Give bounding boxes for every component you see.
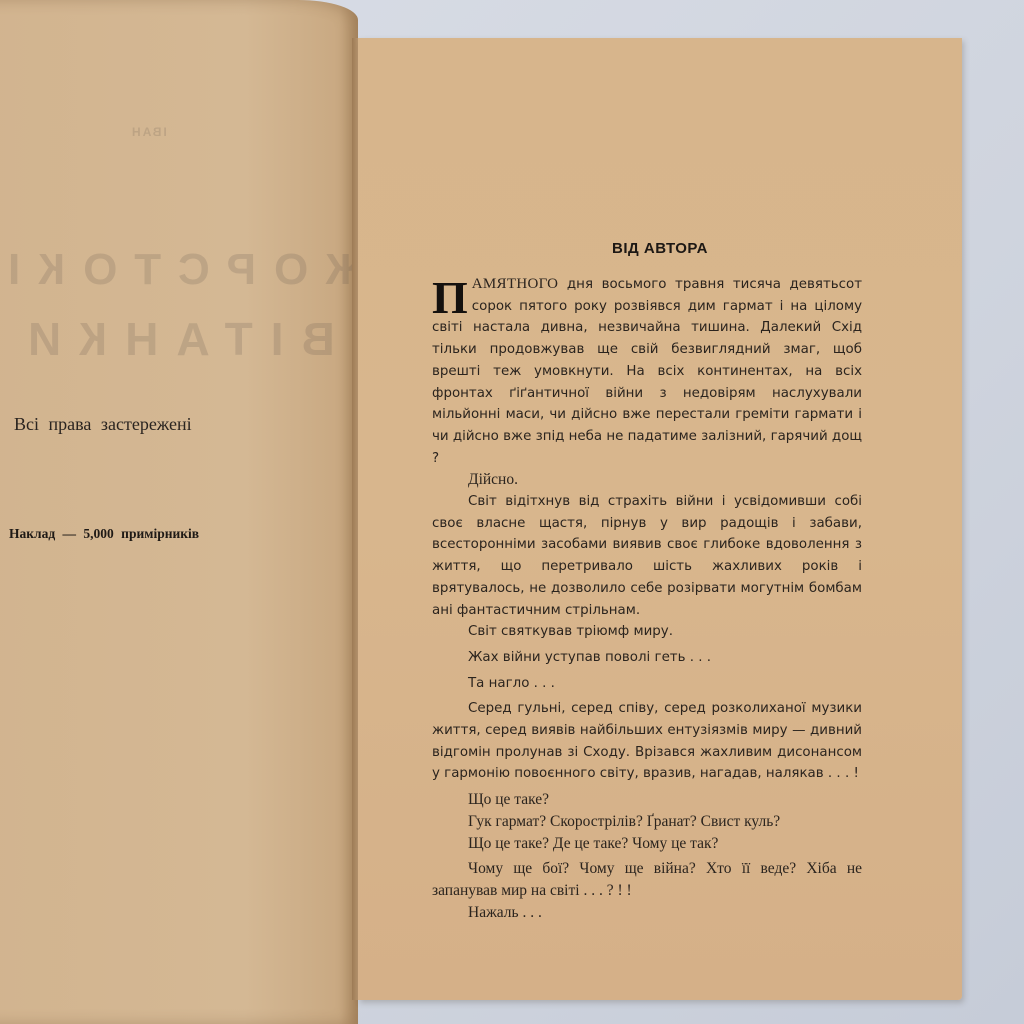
paragraph: Та нагло . . .: [432, 673, 862, 695]
first-word-caps: АМЯТНОГО: [472, 276, 559, 292]
paragraph: Чому ще бої? Чому ще війна? Хто її веде?…: [432, 858, 862, 901]
bleed-through-text: ІВАН: [130, 125, 167, 139]
paragraph: Нажаль . . .: [432, 902, 862, 924]
print-run-notice: Наклад — 5,000 примірників: [9, 526, 199, 542]
paragraph: Світ відітхнув від страхіть війни і усві…: [432, 491, 862, 621]
paragraph: Гук гармат? Скорострілів? Ґранат? Свист …: [432, 811, 862, 833]
left-page: ІВАН ЖОРСТОКІ СВІТАНКИ Всі права застере…: [0, 0, 358, 1024]
bleed-through-text: СВІТАНКИ: [10, 312, 386, 366]
paragraph-text: дня восьмого травня тисяча девятьсот сор…: [432, 277, 862, 466]
foreword-text: ПАМЯТНОГО дня восьмого травня тисяча дев…: [432, 274, 862, 923]
paragraph: ПАМЯТНОГО дня восьмого травня тисяча дев…: [432, 274, 862, 469]
page-title: ВІД АВТОРА: [358, 240, 962, 257]
paragraph: Жах війни уступав поволі геть . . .: [432, 647, 862, 669]
paragraph: Що це таке? Де це таке? Чому це так?: [432, 833, 862, 855]
paragraph: Серед гульні, серед співу, серед розколи…: [432, 698, 862, 785]
drop-cap: П: [432, 280, 468, 316]
paragraph: Що це таке?: [432, 789, 862, 811]
paragraph: Дійсно.: [432, 469, 862, 491]
bleed-through-text: ЖОРСТОКІ: [0, 245, 365, 295]
right-page: ВІД АВТОРА ПАМЯТНОГО дня восьмого травня…: [358, 38, 962, 1000]
paragraph: Світ святкував тріюмф миру.: [432, 621, 862, 643]
copyright-notice: Всі права застережені: [14, 414, 192, 435]
